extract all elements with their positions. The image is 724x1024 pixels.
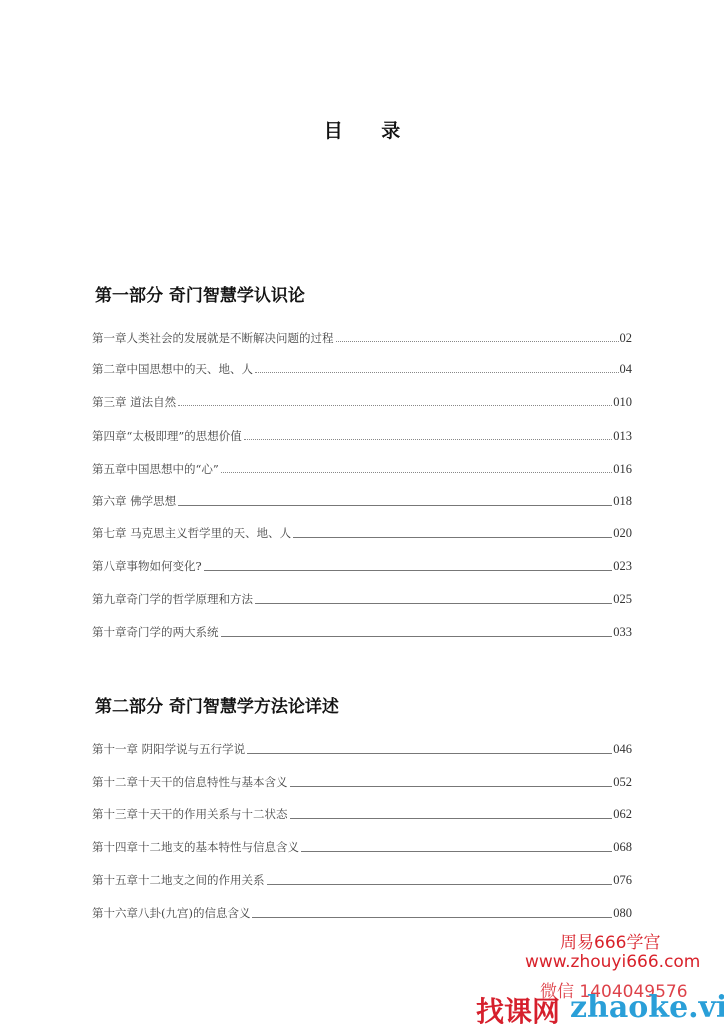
line-leader [267, 884, 613, 885]
dot-leader [244, 439, 612, 440]
line-leader [204, 570, 613, 571]
entry-label: 第一章人类社会的发展就是不断解决问题的过程 [92, 330, 334, 346]
entry-page: 018 [613, 494, 632, 509]
toc-entry[interactable]: 第三章 道法自然 010 [92, 390, 632, 410]
dot-leader [178, 405, 612, 406]
toc-entry[interactable]: 第十章奇门学的两大系统 033 [92, 620, 632, 640]
toc-entry[interactable]: 第四章“太极即理”的思想价值 013 [92, 424, 632, 444]
entry-page: 010 [613, 395, 632, 410]
entry-label: 第十章奇门学的两大系统 [92, 624, 219, 640]
line-leader [252, 917, 612, 918]
line-leader [293, 537, 612, 538]
entry-label: 第十四章十二地支的基本特性与信息含义 [92, 839, 299, 855]
line-leader [247, 753, 612, 754]
toc-entry[interactable]: 第一章人类社会的发展就是不断解决问题的过程 02 [92, 326, 632, 346]
page-title: 目 录 [0, 116, 724, 143]
entry-page: 076 [613, 873, 632, 888]
line-leader [221, 636, 613, 637]
toc-entry[interactable]: 第十一章 阴阳学说与五行学说 046 [92, 737, 632, 757]
entry-page: 04 [620, 362, 633, 377]
entry-page: 033 [613, 625, 632, 640]
toc-entry[interactable]: 第九章奇门学的哲学原理和方法 025 [92, 587, 632, 607]
entry-label: 第八章事物如何变化? [92, 558, 202, 574]
entry-label: 第五章中国思想中的“心” [92, 461, 219, 477]
entry-label: 第四章“太极即理”的思想价值 [92, 428, 242, 444]
entry-page: 025 [613, 592, 632, 607]
entry-label: 第十一章 阴阳学说与五行学说 [92, 741, 245, 757]
toc-entry[interactable]: 第八章事物如何变化? 023 [92, 554, 632, 574]
toc-entry[interactable]: 第七章 马克思主义哲学里的天、地、人 020 [92, 521, 632, 541]
entry-page: 080 [613, 906, 632, 921]
entry-page: 020 [613, 526, 632, 541]
toc-entry[interactable]: 第十二章十天干的信息特性与基本含义 052 [92, 770, 632, 790]
entry-page: 046 [613, 742, 632, 757]
entry-page: 068 [613, 840, 632, 855]
toc-entry[interactable]: 第十六章八卦(九宫)的信息含义 080 [92, 901, 632, 921]
toc-entry[interactable]: 第五章中国思想中的“心” 016 [92, 457, 632, 477]
entry-page: 023 [613, 559, 632, 574]
watermark-brand-url: zhaoke.vip [570, 990, 724, 1024]
entry-page: 052 [613, 775, 632, 790]
entry-label: 第三章 道法自然 [92, 394, 176, 410]
dot-leader [221, 472, 612, 473]
entry-label: 第七章 马克思主义哲学里的天、地、人 [92, 525, 291, 541]
entry-label: 第十三章十天干的作用关系与十二状态 [92, 806, 288, 822]
entry-page: 062 [613, 807, 632, 822]
dot-leader [336, 341, 619, 342]
line-leader [290, 818, 613, 819]
part-heading-1: 第一部分 奇门智慧学认识论 [95, 281, 305, 306]
line-leader [178, 505, 612, 506]
entry-label: 第十二章十天干的信息特性与基本含义 [92, 774, 288, 790]
watermark-name: 周易666学宫 [560, 928, 660, 953]
entry-label: 第六章 佛学思想 [92, 493, 176, 509]
part-heading-2: 第二部分 奇门智慧学方法论详述 [95, 692, 339, 717]
entry-label: 第十六章八卦(九宫)的信息含义 [92, 905, 250, 921]
line-leader [255, 603, 612, 604]
entry-label: 第九章奇门学的哲学原理和方法 [92, 591, 253, 607]
line-leader [301, 851, 612, 852]
entry-page: 013 [613, 429, 632, 444]
entry-page: 02 [620, 331, 633, 346]
toc-entry[interactable]: 第十五章十二地支之间的作用关系 076 [92, 868, 632, 888]
toc-entry[interactable]: 第十四章十二地支的基本特性与信息含义 068 [92, 835, 632, 855]
line-leader [290, 786, 613, 787]
watermark-brand-cn: 找课网 [476, 990, 560, 1024]
toc-entry[interactable]: 第十三章十天干的作用关系与十二状态 062 [92, 802, 632, 822]
toc-entry[interactable]: 第二章中国思想中的天、地、人 04 [92, 357, 632, 377]
entry-label: 第十五章十二地支之间的作用关系 [92, 872, 265, 888]
entry-page: 016 [613, 462, 632, 477]
dot-leader [255, 372, 619, 373]
entry-label: 第二章中国思想中的天、地、人 [92, 361, 253, 377]
toc-entry[interactable]: 第六章 佛学思想 018 [92, 489, 632, 509]
watermark-url: www.zhouyi666.com [525, 952, 700, 972]
